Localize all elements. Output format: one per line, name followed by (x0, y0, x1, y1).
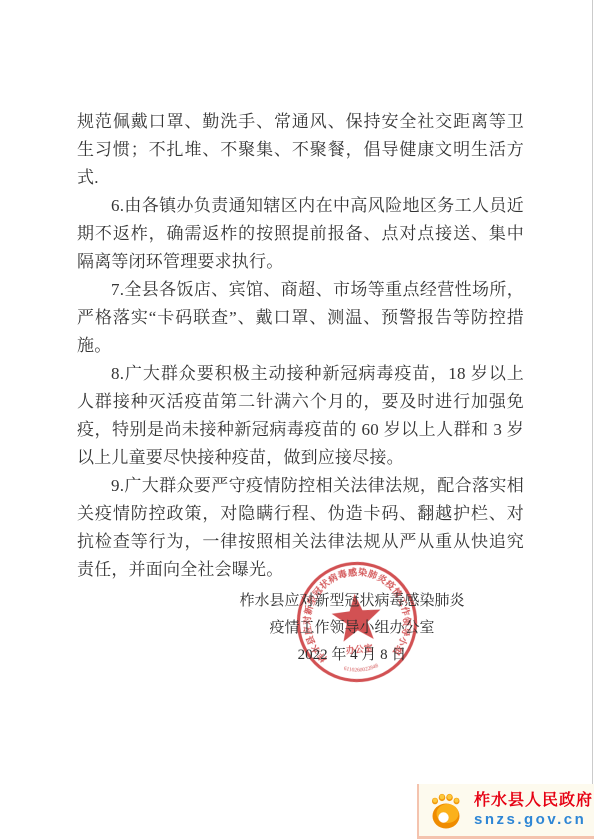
document-paragraph: 规范佩戴口罩、勤洗手、常通风、保持安全社交距离等卫生习惯；不扎堆、不聚集、不聚餐… (77, 108, 524, 192)
document-paragraph: 7.全县各饭店、宾馆、商超、市场等重点经营性场所，严格落实“卡码联查”、戴口罩、… (77, 276, 524, 360)
document-paragraph: 6.由各镇办负责通知辖区内在中高风险地区务工人员近期不返柞，确需返柞的按照提前报… (77, 192, 524, 276)
signature-date: 2022 年 4 月 8 日 (227, 642, 477, 669)
document-body: 规范佩戴口罩、勤洗手、常通风、保持安全社交距离等卫生习惯；不扎堆、不聚集、不聚餐… (77, 108, 524, 584)
signature-block: 柞水县应对新型冠状病毒感染肺炎 疫情工作领导小组办公室 2022 年 4 月 8… (227, 588, 477, 669)
site-watermark-text: 柞水县人民政府 snzs.gov.cn (474, 791, 593, 830)
site-watermark: 柞水县人民政府 snzs.gov.cn (417, 784, 594, 839)
signature-org-line1: 柞水县应对新型冠状病毒感染肺炎 (227, 588, 477, 615)
site-name: 柞水县人民政府 (474, 791, 593, 811)
site-url: snzs.gov.cn (474, 811, 593, 830)
page-edge-line (592, 0, 593, 839)
foot-icon (426, 790, 466, 830)
document-paragraph: 8.广大群众要积极主动接种新冠病毒疫苗，18 岁以上人群接种灭活疫苗第二针满六个… (77, 360, 524, 472)
scanned-document-page: 规范佩戴口罩、勤洗手、常通风、保持安全社交距离等卫生习惯；不扎堆、不聚集、不聚餐… (0, 0, 594, 839)
signature-org-line2: 疫情工作领导小组办公室 (227, 615, 477, 642)
